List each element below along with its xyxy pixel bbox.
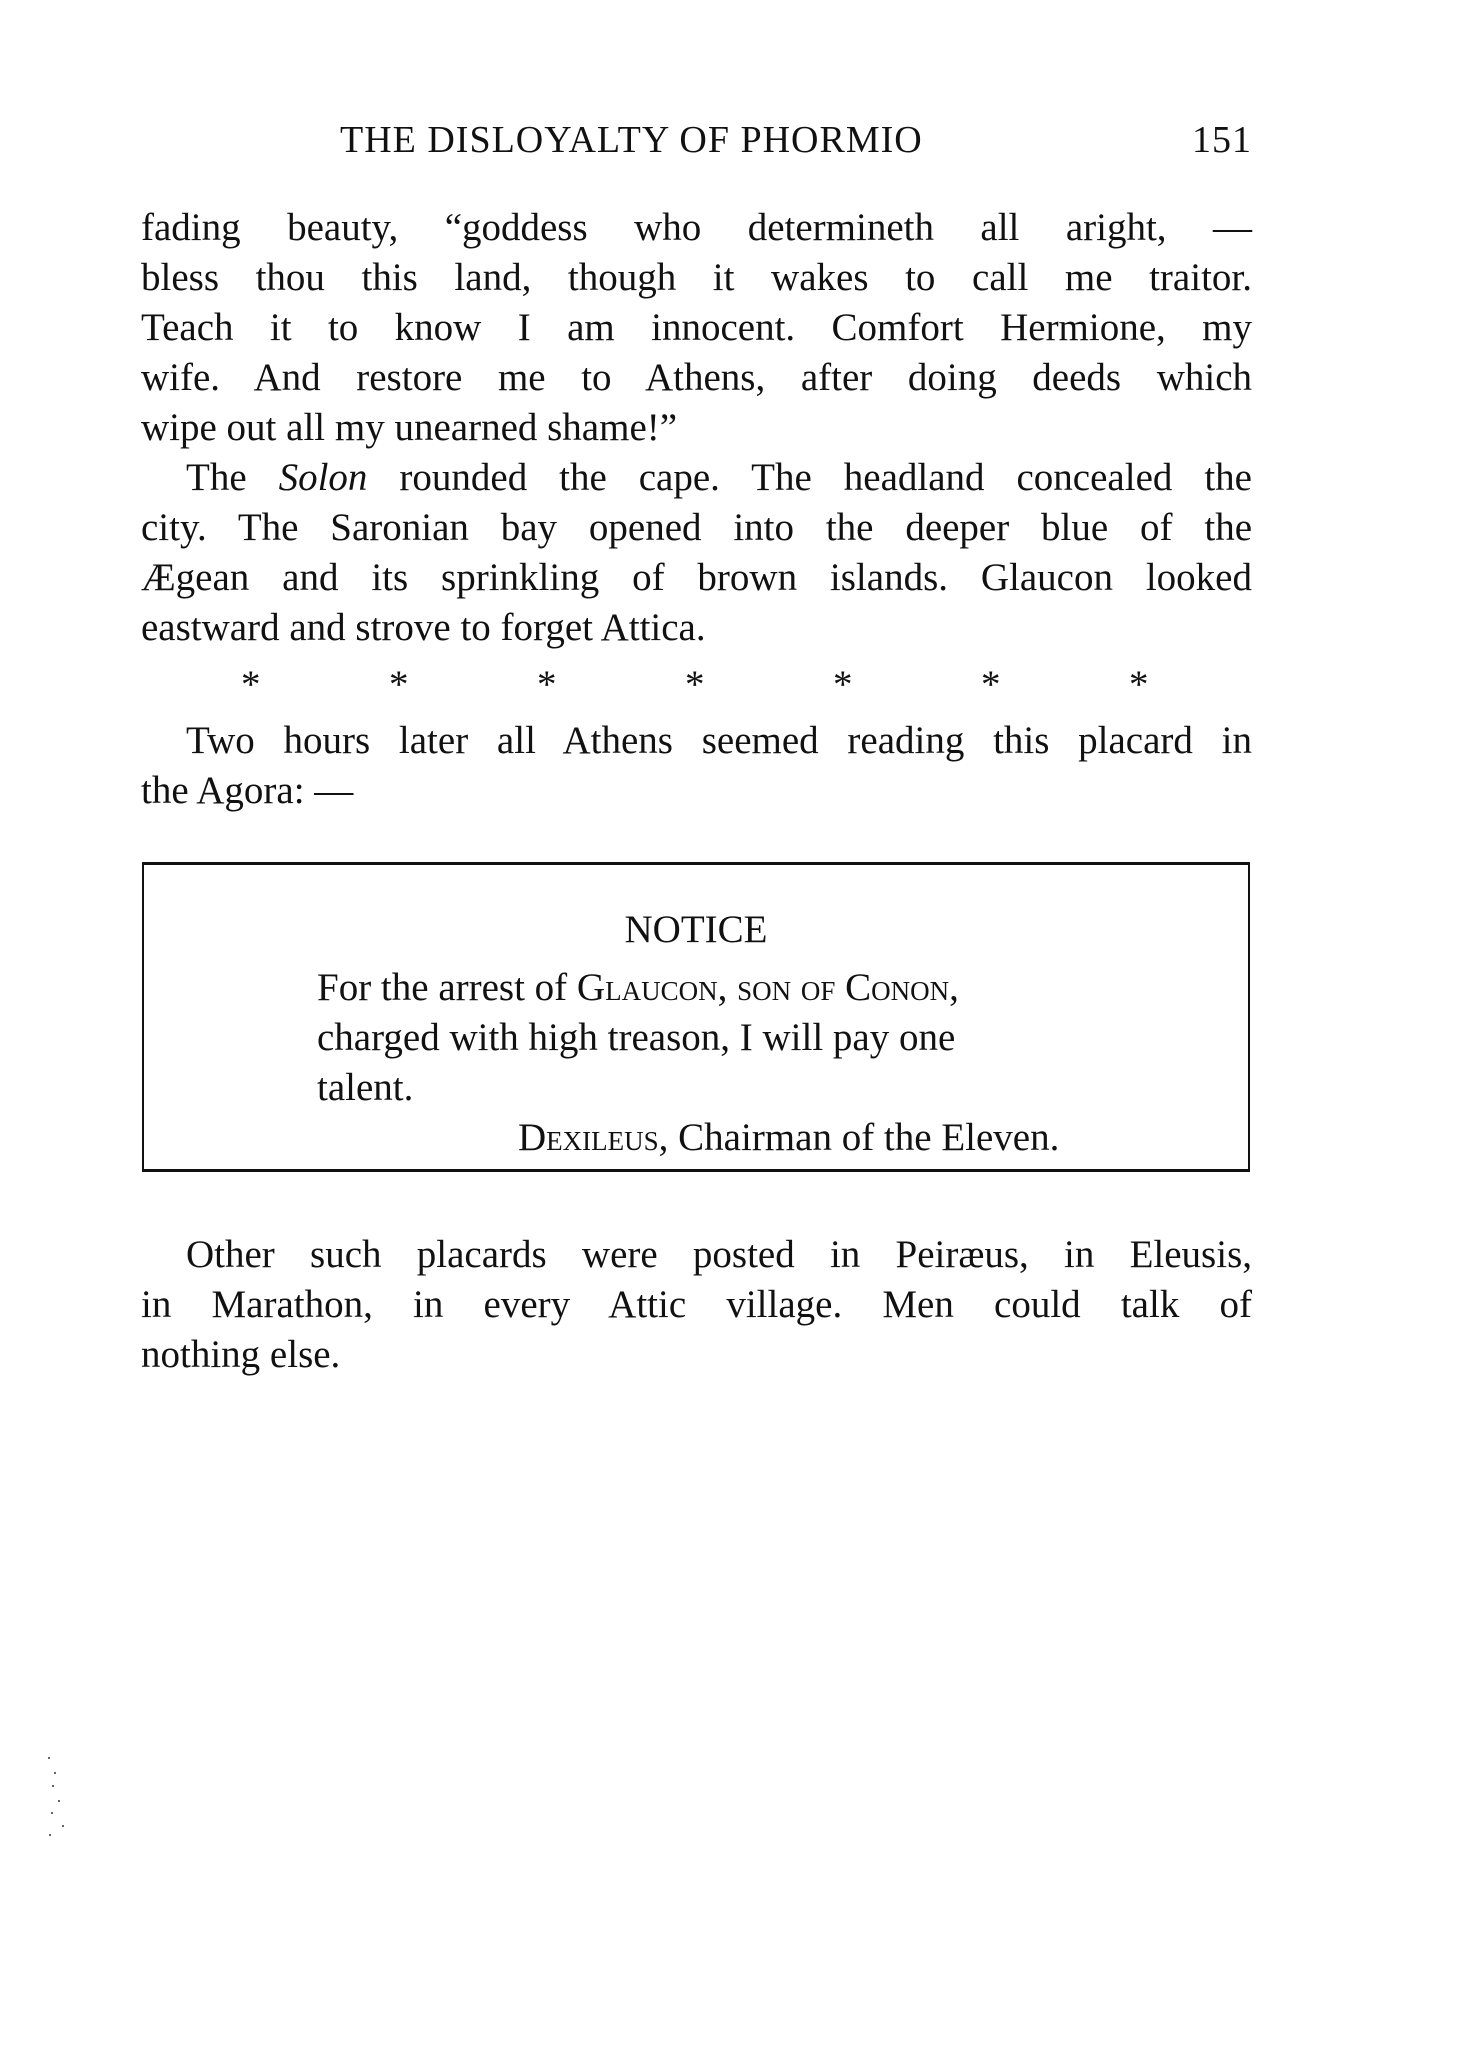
asterisk: * [981,662,1001,707]
text-line: the Agora: — [141,766,1252,816]
text-line: nothing else. [141,1330,1252,1380]
text-line: city. The Saronian bay opened into the d… [141,503,1252,553]
signatory-name: Dexileus [518,1116,659,1159]
text-line: wife. And restore me to Athens, after do… [141,353,1252,403]
asterisk: * [833,662,853,707]
text-line: Teach it to know I am innocent. Comfort … [141,303,1252,353]
notice-heading: NOTICE [144,905,1248,955]
text-line: Other such placards were posted in Peiræ… [141,1230,1252,1280]
asterisk: * [1129,662,1149,707]
text-line: bless thou this land, though it wakes to… [141,253,1252,303]
notice-placard: NOTICE For the arrest of Glaucon, son of… [142,862,1250,1172]
asterisk: * [537,662,557,707]
ship-name-italic: Solon [279,456,368,499]
section-break: * * * * * * * [141,662,1252,712]
wanted-name: Glaucon, son of Conon, [577,966,959,1009]
running-title: THE DISLOYALTY OF PHORMIO [340,118,923,162]
notice-signature: Dexileus, Chairman of the Eleven. [518,1113,1059,1163]
text-run: The [186,456,279,499]
text-line: in Marathon, in every Attic village. Men… [141,1280,1252,1330]
text-run: , Chairman of the Eleven. [659,1116,1060,1159]
text-run: rounded the cape. The headland concealed… [367,456,1252,499]
text-run: For the arrest of [317,966,577,1009]
text-line: Ægean and its sprinkling of brown island… [141,553,1252,603]
running-header: THE DISLOYALTY OF PHORMIO 151 [140,118,1252,168]
text-line: fading beauty, “goddess who determineth … [141,203,1252,253]
asterisk: * [389,662,409,707]
text-line: The Solon rounded the cape. The headland… [141,453,1252,503]
text-line: eastward and strove to forget Attica. [141,603,1252,653]
page-number: 151 [1192,118,1252,162]
notice-line: For the arrest of Glaucon, son of Conon, [317,963,959,1013]
text-line: wipe out all my unearned shame!” [141,403,1252,453]
notice-line: talent. [317,1063,413,1113]
asterisk: * [241,662,261,707]
asterisk: * [685,662,705,707]
text-line: Two hours later all Athens seemed readin… [141,716,1252,766]
notice-line: charged with high treason, I will pay on… [317,1013,955,1063]
book-page: THE DISLOYALTY OF PHORMIO 151 fading bea… [0,0,1457,2049]
